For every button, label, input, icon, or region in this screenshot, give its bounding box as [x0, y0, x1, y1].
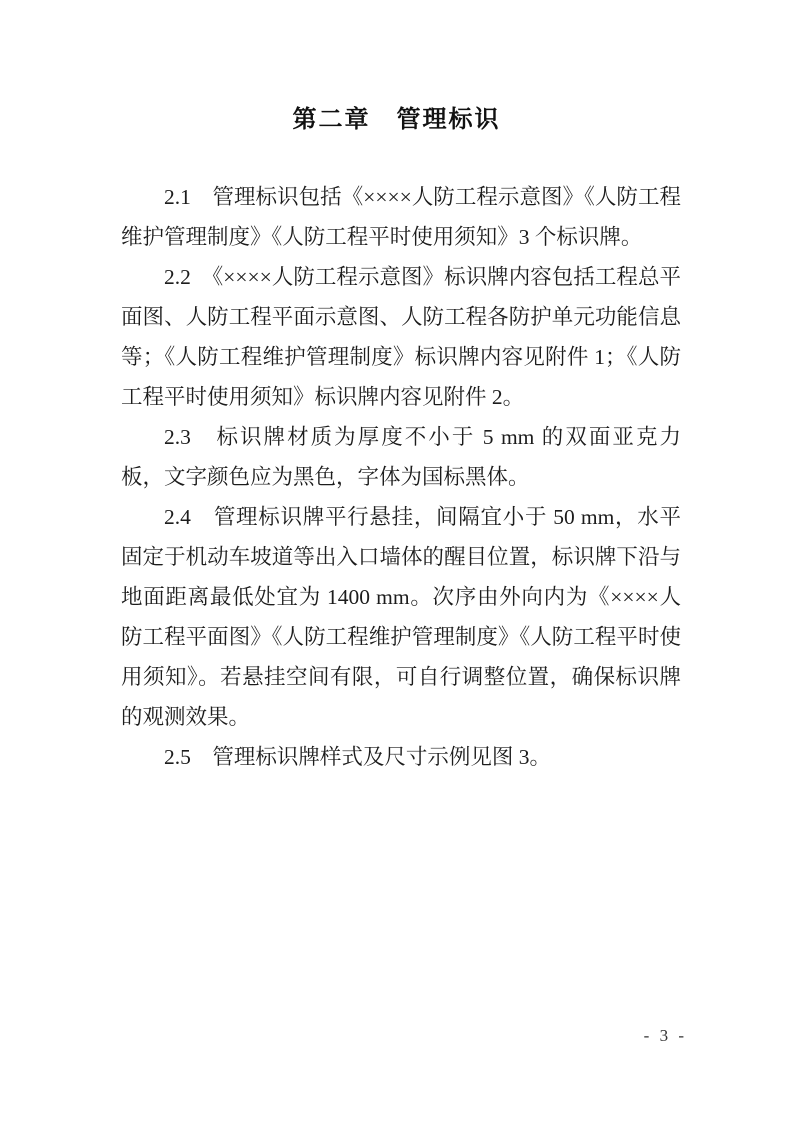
paragraph-2-4: 2.4 管理标识牌平行悬挂，间隔宜小于 50 mm，水平固定于机动车坡道等出入口… [121, 497, 681, 737]
chapter-title: 第二章 管理标识 [0, 0, 793, 134]
document-page: 第二章 管理标识 2.1 管理标识包括《××××人防工程示意图》《人防工程维护管… [0, 0, 793, 1122]
paragraph-2-1: 2.1 管理标识包括《××××人防工程示意图》《人防工程维护管理制度》《人防工程… [121, 177, 681, 257]
document-body: 2.1 管理标识包括《××××人防工程示意图》《人防工程维护管理制度》《人防工程… [121, 177, 681, 777]
paragraph-2-5: 2.5 管理标识牌样式及尺寸示例见图 3。 [121, 737, 681, 777]
page-number: - 3 - [644, 1026, 687, 1046]
paragraph-2-3: 2.3 标识牌材质为厚度不小于 5 mm 的双面亚克力板，文字颜色应为黑色，字体… [121, 417, 681, 497]
paragraph-2-2: 2.2 《××××人防工程示意图》标识牌内容包括工程总平面图、人防工程平面示意图… [121, 257, 681, 417]
